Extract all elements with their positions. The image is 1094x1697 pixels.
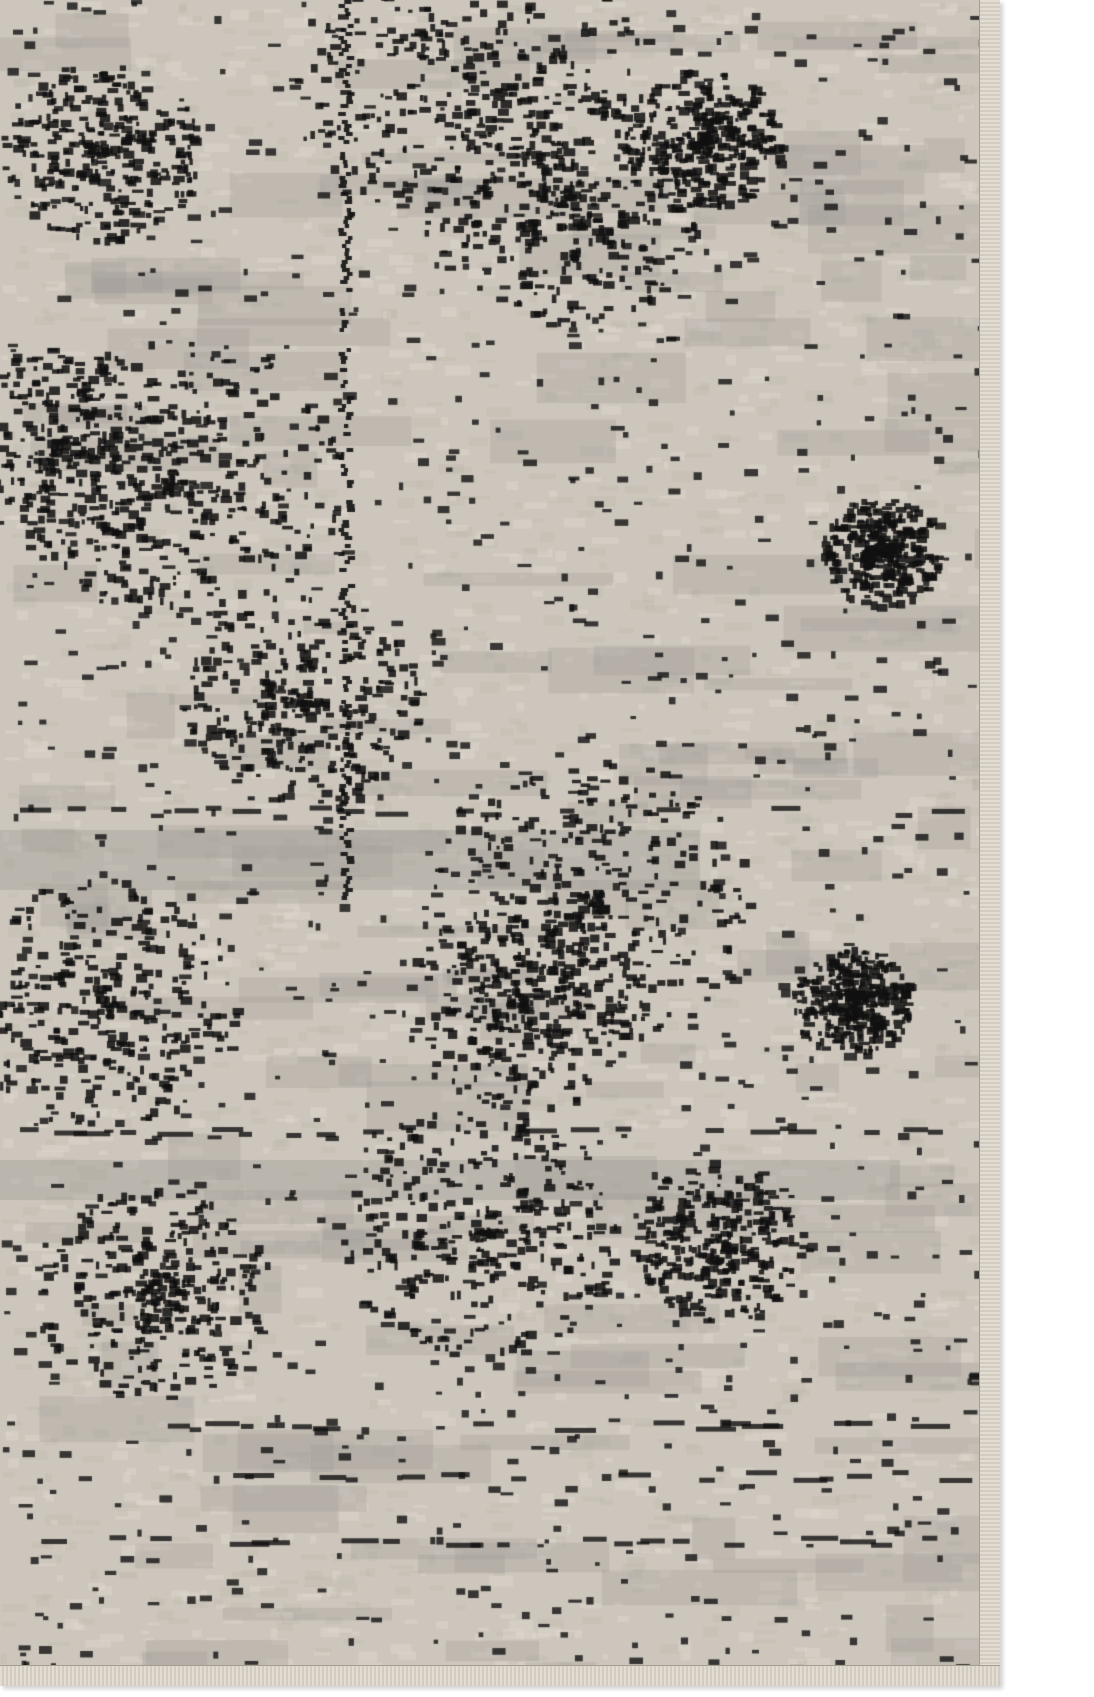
rug-binding-right-edge: [979, 0, 1000, 1686]
rug-pattern: [0, 0, 980, 1666]
rug-binding-bottom-edge: [0, 1665, 1000, 1686]
rug: [0, 0, 1000, 1686]
